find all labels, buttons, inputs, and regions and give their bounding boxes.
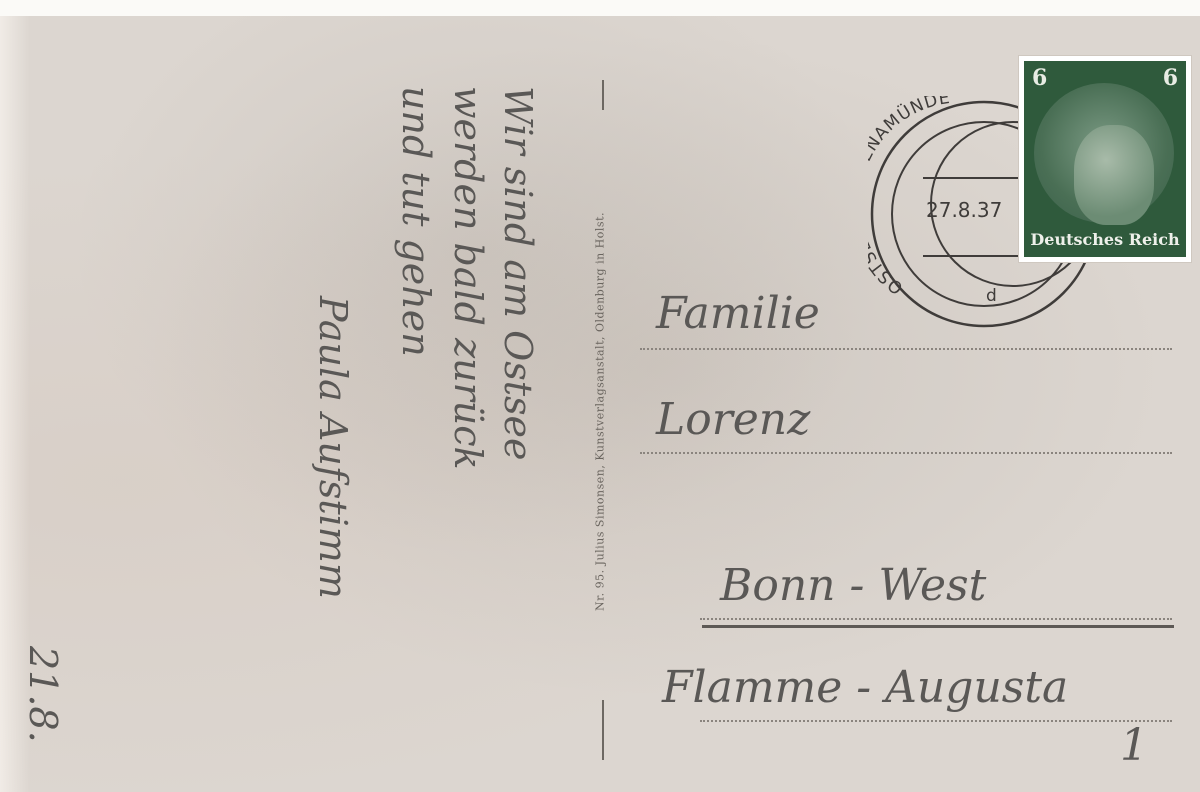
address-rule-2 [640,452,1172,454]
stamp-value-right: 6 [1163,65,1178,91]
publisher-divider: Nr. 95. Julius Simonsen, Kunstverlagsans… [596,80,610,760]
address-rule-solid [702,625,1174,628]
message-signature: Paula Aufstimm [311,296,355,599]
address-line-1: Familie [656,288,820,339]
address-line-4: Flamme - Augusta [662,662,1068,713]
publisher-imprint: Nr. 95. Julius Simonsen, Kunstverlagsans… [594,112,607,712]
address-line-5: 1 [1120,720,1148,771]
address-rule-3 [700,618,1172,620]
divider-rule-bottom [602,700,604,760]
portrait-medallion-icon [1034,83,1174,223]
message-line-3: und tut gehen [394,86,438,357]
message-line-2: werden bald zurück [446,86,490,470]
address-rule-1 [640,348,1172,350]
address-line-3: Bonn - West [720,560,986,611]
postmark-date: 27.8.37 [926,198,1002,222]
portrait-head-icon [1074,125,1154,225]
message-date: 21.8. [21,646,65,743]
divider-rule-top [602,80,604,110]
address-line-2: Lorenz [656,394,810,445]
stamp-value-left: 6 [1032,65,1047,91]
message-line-1: Wir sind am Ostsee [496,86,540,461]
stamp-inscription: Deutsches Reich [1024,230,1186,249]
postmark-letter: d [986,286,997,306]
postage-stamp: 6 6 Deutsches Reich [1019,56,1191,262]
address-rule-4 [700,720,1172,722]
